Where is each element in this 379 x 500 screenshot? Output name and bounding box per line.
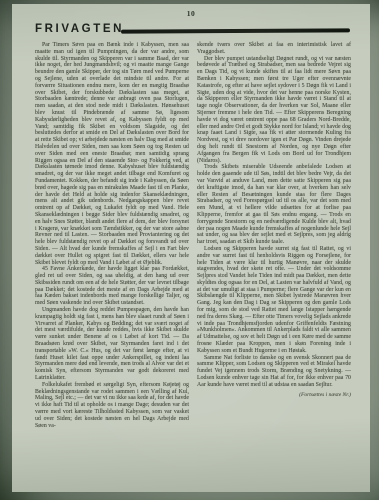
left-column-paragraphs: Par Timers Søvn paa en Bænk inde i Kabys…: [35, 42, 189, 429]
paragraph: 45 Favne Ankerkæde, der havde ligget kla…: [35, 266, 189, 307]
paragraph: Trods Skibets miserable Udseende anbefal…: [197, 164, 351, 246]
article-title: FRIVAGTEN: [35, 23, 124, 35]
paragraph: Der blev pumpet ustandseligt Døgnet rund…: [197, 56, 351, 165]
paragraph: Ungmanden havde dog reddet Pumpespagen, …: [35, 307, 189, 382]
paragraph: skende tværs over Skibet at faa en inter…: [197, 42, 351, 56]
right-column-paragraphs: skende tværs over Skibet at faa en inter…: [197, 42, 351, 389]
continuation-note: (Fortsættes i næste Nr.): [197, 392, 351, 399]
masthead: FRIVAGTEN: [35, 22, 350, 40]
magazine-page: 10 FRIVAGTEN Par Timers Søvn paa en Bænk…: [12, 4, 370, 492]
title-rule: [121, 28, 350, 33]
page-photo: 10 FRIVAGTEN Par Timers Søvn paa en Bænk…: [0, 0, 379, 500]
right-column: skende tværs over Skibet at faa en inter…: [197, 42, 351, 452]
left-column: Par Timers Søvn paa en Bænk inde i Kabys…: [35, 42, 189, 452]
paragraph: Samme Nat forliste to danske og en svens…: [197, 355, 351, 389]
page-number: 10: [12, 9, 370, 18]
paragraph: Par Timers Søvn paa en Bænk inde i Kabys…: [35, 42, 189, 266]
article-body: Par Timers Søvn paa en Bænk inde i Kabys…: [35, 42, 351, 452]
paragraph: Folkelukafet frembød et sørgeligt Syn, e…: [35, 382, 189, 430]
paragraph: Lodsen og Skipperen havde surret sig fas…: [197, 246, 351, 355]
